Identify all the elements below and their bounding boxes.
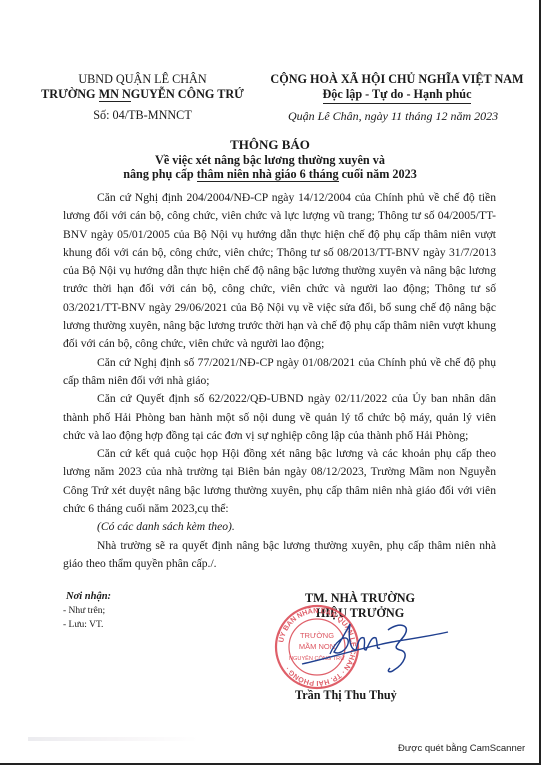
paragraph-meeting-result: Căn cứ kết quả cuộc họp Hội đồng xét nân…: [63, 445, 496, 518]
handwritten-signature-icon: [300, 612, 450, 682]
recipient-item: - Lưu: VT.: [63, 618, 111, 632]
issuing-authority-header: UBND QUẬN LÊ CHÂN TRƯỜNG MN NGUYỄN CÔNG …: [40, 72, 245, 123]
recipient-item: - Như trên;: [63, 604, 111, 618]
recipients-block: Nơi nhận: - Như trên; - Lưu: VT.: [63, 590, 111, 632]
national-motto: Độc lập - Tự do - Hạnh phúc: [323, 87, 472, 104]
document-title: THÔNG BÁO Về việc xét nâng bậc lương thư…: [60, 138, 480, 181]
paragraph-conclusion: Nhà trường sẽ ra quyết định nâng bậc lươ…: [63, 537, 496, 574]
title-main: THÔNG BÁO: [60, 138, 480, 152]
camscanner-watermark: Được quét bằng CamScanner: [398, 743, 525, 754]
authority-name: UBND QUẬN LÊ CHÂN: [40, 72, 245, 87]
signer-name: Trần Thị Thu Thuỷ: [295, 688, 397, 703]
title-subject-line-2: nâng phụ cấp thâm niên nhà giáo 6 tháng …: [60, 167, 480, 181]
school-name: TRƯỜNG MN NGUYỄN CÔNG TRỨ: [40, 87, 245, 102]
scan-artifact: [28, 737, 198, 741]
paragraph-attachment-note: (Có các danh sách kèm theo).: [63, 518, 496, 536]
recipients-heading: Nơi nhận:: [66, 590, 111, 604]
title-subject-line-1: Về việc xét nâng bậc lương thường xuyên …: [60, 153, 480, 167]
paragraph-legal-basis-2: Căn cứ Nghị định số 77/2021/NĐ-CP ngày 0…: [63, 354, 496, 391]
document-body: Căn cứ Nghị định 204/2004/NĐ-CP ngày 14/…: [63, 189, 496, 573]
document-number: Số: 04/TB-MNNCT: [40, 108, 245, 123]
nation-name: CỘNG HOÀ XÃ HỘI CHỦ NGHĨA VIỆT NAM: [262, 72, 532, 87]
paragraph-legal-basis-3: Căn cứ Quyết định số 62/2022/QĐ-UBND ngà…: [63, 390, 496, 445]
paragraph-legal-basis-1: Căn cứ Nghị định 204/2004/NĐ-CP ngày 14/…: [63, 189, 496, 354]
national-header: CỘNG HOÀ XÃ HỘI CHỦ NGHĨA VIỆT NAM Độc l…: [262, 72, 532, 104]
place-and-date: Quận Lê Chân, ngày 11 tháng 12 năm 2023: [288, 109, 498, 124]
